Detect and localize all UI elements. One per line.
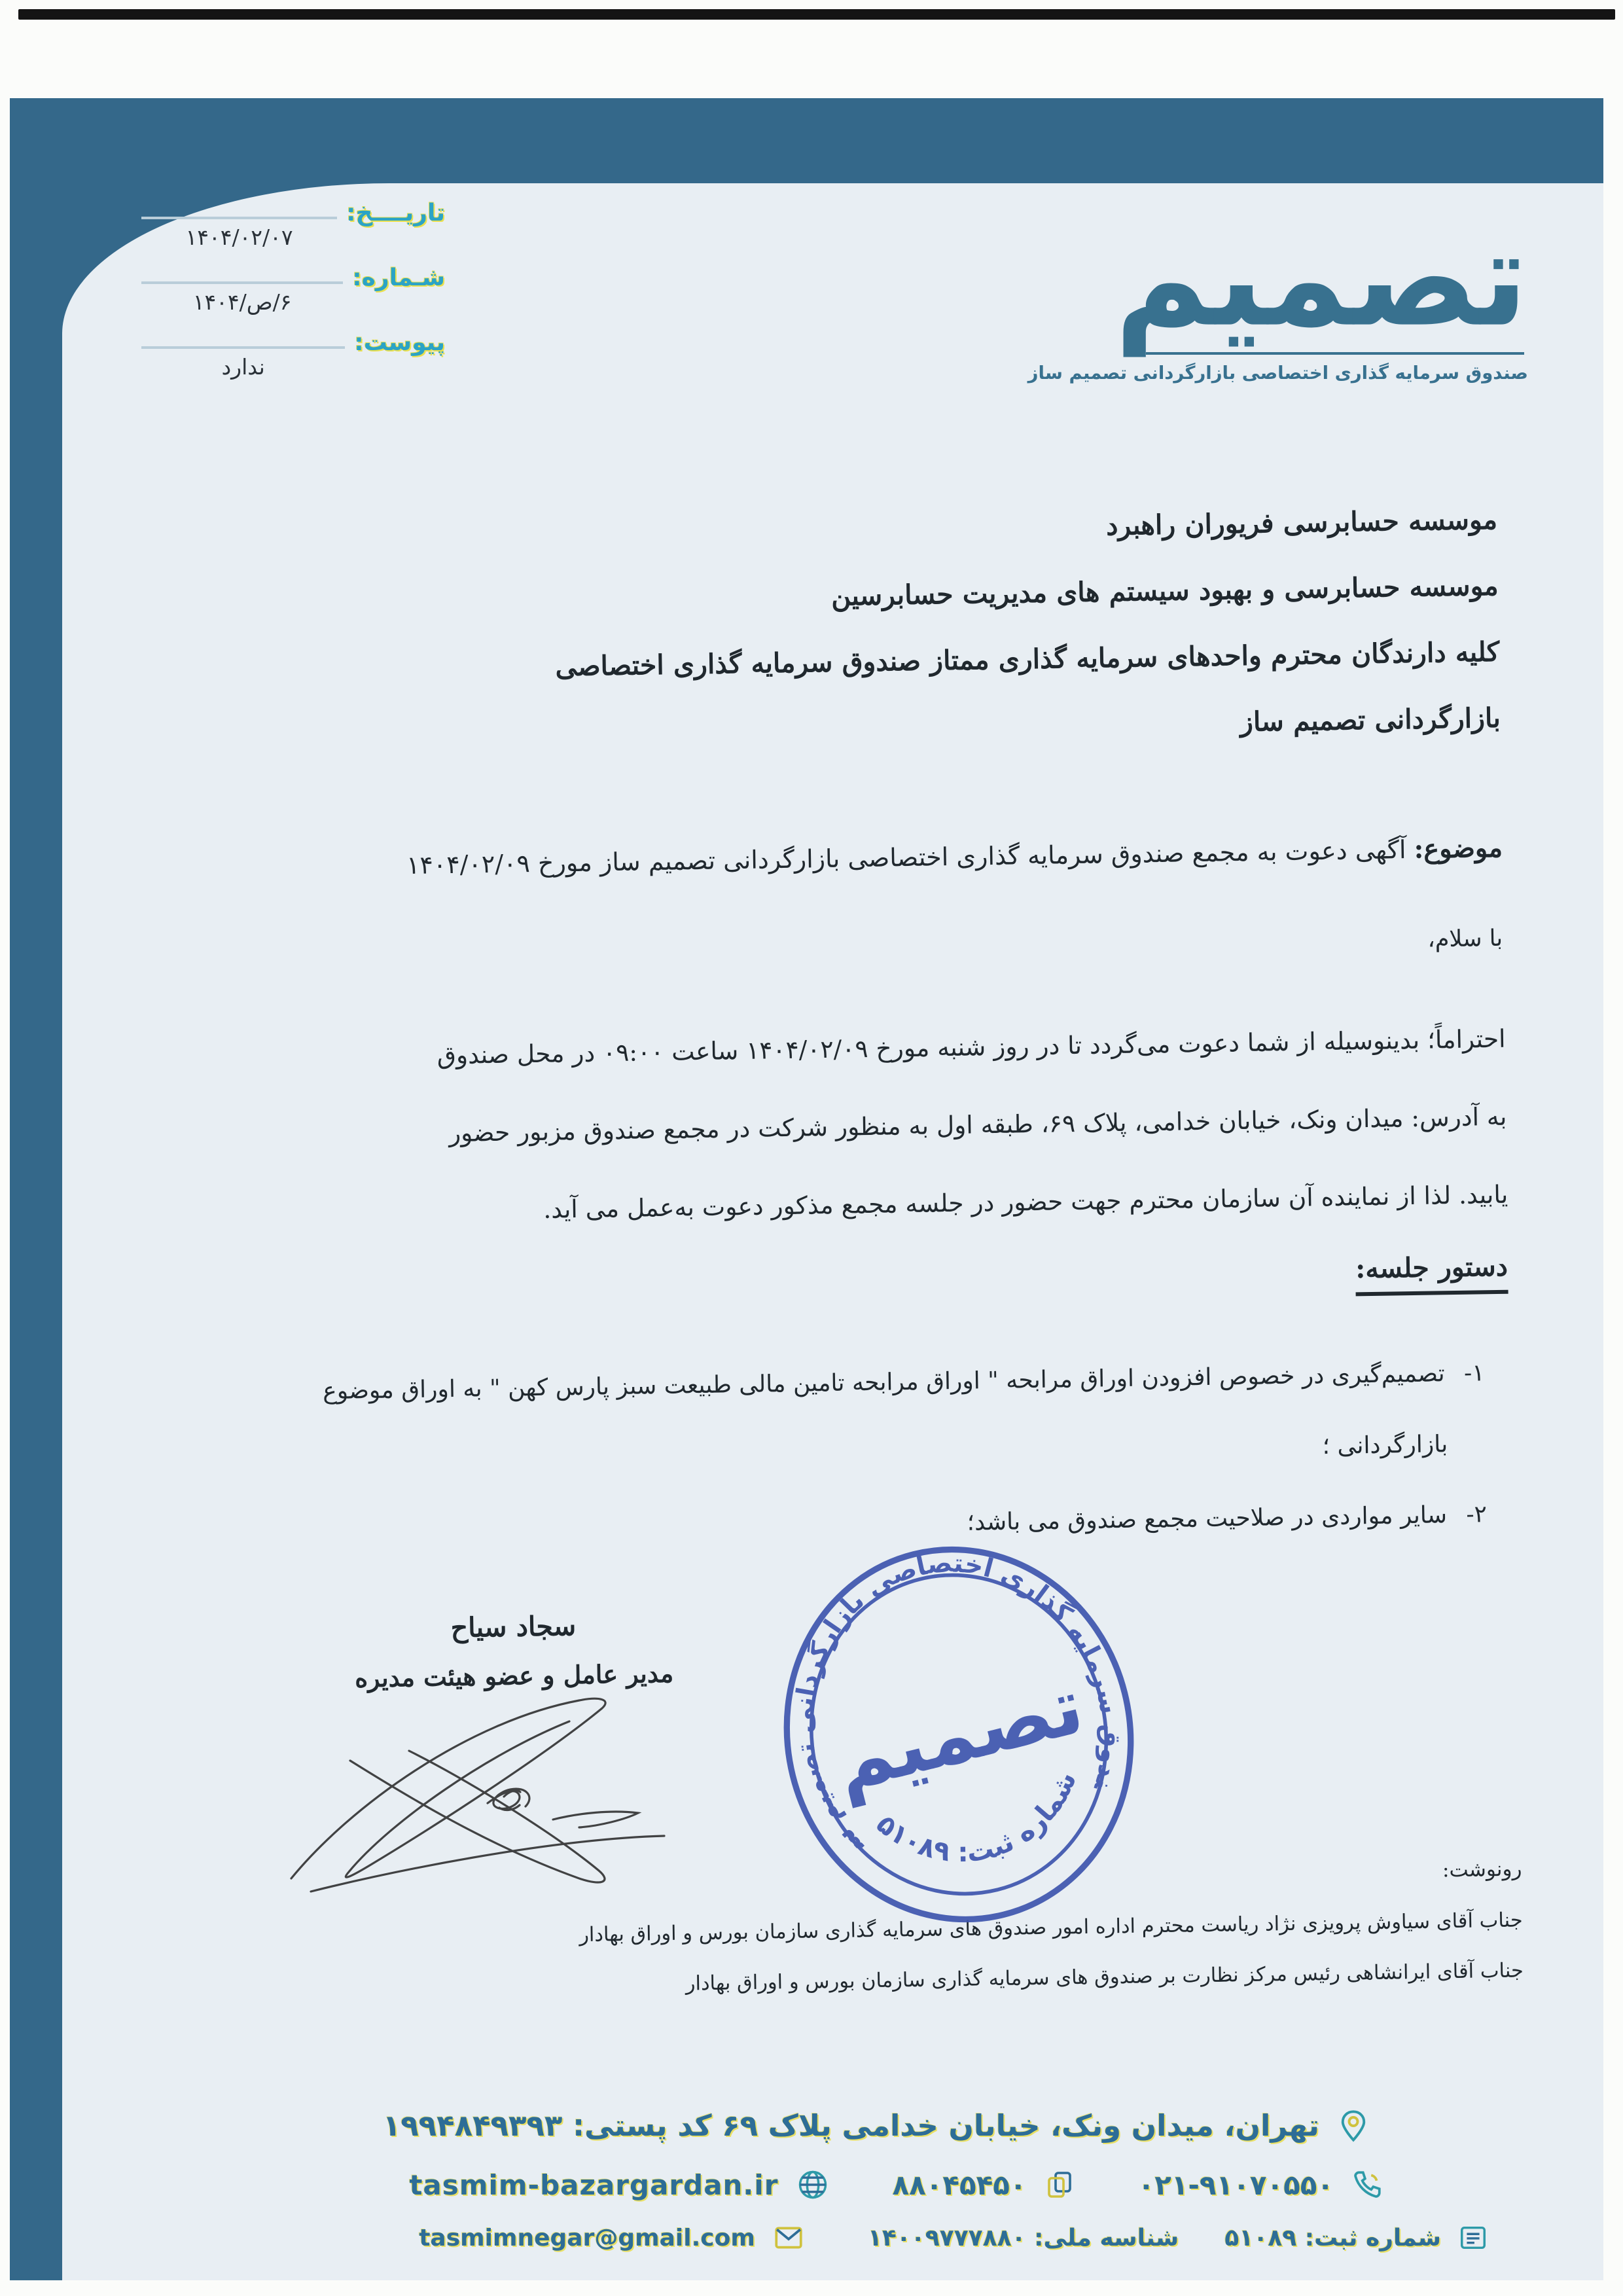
agenda-item-1-text: تصمیم‌گیری در خصوص افزودن اوراق مرابحه "… — [323, 1360, 1445, 1405]
footer-contact-row: ۰۲۱-۹۱۰۷۰۵۵۰ ۸۸۰۴۵۴۵۰ — [62, 2168, 1603, 2202]
phone-icon — [1351, 2168, 1383, 2201]
subject-label: موضوع: — [1414, 833, 1503, 865]
footer-phone: ۰۲۱-۹۱۰۷۰۵۵۰ — [1138, 2169, 1334, 2201]
globe-icon — [796, 2168, 830, 2202]
footer-website[interactable]: tasmim-bazargardan.ir — [409, 2169, 778, 2201]
footer-email[interactable]: tasmimnegar@gmail.com — [419, 2225, 755, 2251]
letterhead-frame: تاریــــخ: ۱۴۰۴/۰۲/۰۷ شـماره: ۶/ص/۱۴۰۴ پ… — [10, 98, 1603, 2280]
signature-block: سجاد سیاح مدیر عامل و عضو هیئت مدیره — [330, 1608, 698, 1693]
agenda-item-2-number: ۲- — [1466, 1479, 1488, 1550]
recipients-block: موسسه حسابرسی فریوران راهبرد موسسه حسابر… — [198, 487, 1501, 772]
footer-national-id: شناسه ملی: ۱۴۰۰۹۷۷۷۸۸۰ — [868, 2225, 1179, 2251]
footer-fax: ۸۸۰۴۵۴۵۰ — [893, 2169, 1027, 2201]
subject-line: موضوع: آگهی دعوت به مجمع صندوق سرمایه گذ… — [184, 830, 1503, 888]
fax-icon — [1044, 2169, 1075, 2200]
footer-ids-row: شماره ثبت: ۵۱۰۸۹ شناسه ملی: ۱۴۰۰۹۷۷۷۸۸۰ … — [62, 2221, 1603, 2254]
scanned-letter: تاریــــخ: ۱۴۰۴/۰۲/۰۷ شـماره: ۶/ص/۱۴۰۴ پ… — [0, 0, 1623, 2296]
scan-edge-artifact — [18, 9, 1615, 20]
footer-address-row: تهران، میدان ونک، خیابان خدامی پلاک ۶۹ ک… — [62, 2108, 1603, 2143]
agenda-heading: دستور جلسه: — [1355, 1251, 1508, 1297]
agenda-list: ۱- تصمیم‌گیری در خصوص افزودن اوراق مرابح… — [172, 1338, 1488, 1570]
subject-text: آگهی دعوت به مجمع صندوق سرمایه گذاری اخت… — [406, 835, 1406, 880]
signatory-name: سجاد سیاح — [330, 1608, 697, 1645]
salutation: با سلام، — [1427, 925, 1503, 953]
letter-page: تاریــــخ: ۱۴۰۴/۰۲/۰۷ شـماره: ۶/ص/۱۴۰۴ پ… — [62, 183, 1603, 2280]
footer-address: تهران، میدان ونک، خیابان خدامی پلاک ۶۹ ک… — [383, 2108, 1319, 2143]
agenda-item-1-number: ۱- — [1463, 1338, 1485, 1408]
location-pin-icon — [1336, 2109, 1370, 2143]
letterhead-footer: تهران، میدان ونک، خیابان خدامی پلاک ۶۹ ک… — [62, 2108, 1603, 2254]
envelope-icon — [772, 2221, 805, 2254]
footer-registration-number: شماره ثبت: ۵۱۰۸۹ — [1224, 2225, 1441, 2251]
registration-card-icon — [1458, 2223, 1488, 2253]
handwritten-signature — [272, 1682, 690, 1901]
letter-body: احتراماً؛ بدینوسیله از شما دعوت می‌گردد … — [167, 1000, 1508, 1255]
typed-letter-content: موسسه حسابرسی فریوران راهبرد موسسه حسابر… — [49, 173, 1623, 2294]
